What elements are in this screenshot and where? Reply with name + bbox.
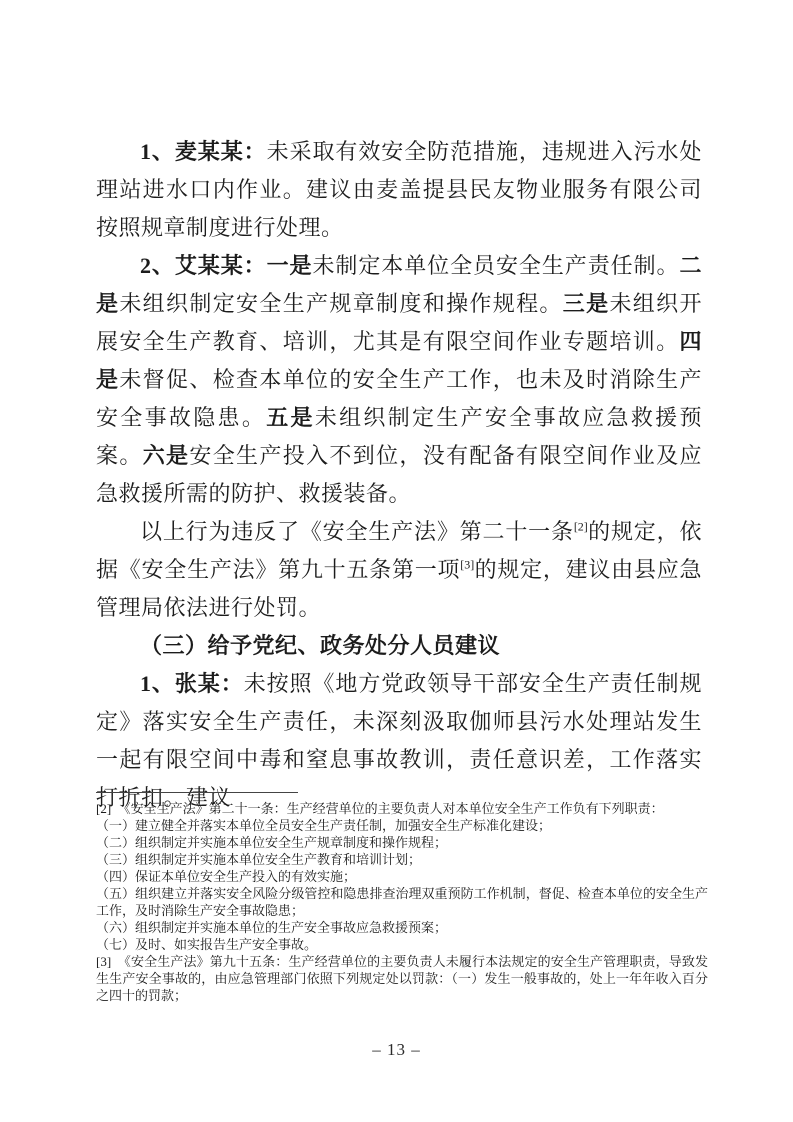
body-paragraph: 1、麦某某：未采取有效安全防范措施，违规进入污水处理站进水口内作业。建议由麦盖提… bbox=[96, 133, 702, 247]
footnote-line: （二）组织制定并实施本单位安全生产规章制度和操作规程； bbox=[96, 834, 708, 851]
bold-run: 2、艾某某： bbox=[140, 253, 267, 278]
footnote-line: （一）建立健全并落实本单位全员安全生产责任制，加强安全生产标准化建设； bbox=[96, 817, 708, 834]
document-page: 1、麦某某：未采取有效安全防范措施，违规进入污水处理站进水口内作业。建议由麦盖提… bbox=[0, 0, 793, 1122]
body-paragraph: 2、艾某某：一是未制定本单位全员安全生产责任制。二是未组织制定安全生产规章制度和… bbox=[96, 247, 702, 513]
text-run: 未制定本单位全员安全生产责任制。 bbox=[313, 253, 680, 278]
footnote-line: [3] 《安全生产法》第九十五条：生产经营单位的主要负责人未履行本法规定的安全生… bbox=[96, 953, 708, 1004]
footnote-line: （五）组织建立并落实安全风险分级管控和隐患排查治理双重预防工作机制，督促、检查本… bbox=[96, 885, 708, 919]
bold-run: 三是 bbox=[563, 291, 610, 316]
section-heading: （三）给予党纪、政务处分人员建议 bbox=[96, 627, 702, 665]
text-run: 未组织制定安全生产规章制度和操作规程。 bbox=[119, 291, 562, 316]
text-run: 以上行为违反了《安全生产法》第二十一条 bbox=[140, 519, 574, 544]
footnote-line: （六）组织制定并实施本单位的生产安全事故应急救援预案； bbox=[96, 919, 708, 936]
bold-run: 1、麦某某： bbox=[140, 139, 267, 164]
body-paragraph: 以上行为违反了《安全生产法》第二十一条[2]的规定，依据《安全生产法》第九十五条… bbox=[96, 513, 702, 627]
bold-run: 一是 bbox=[267, 253, 313, 278]
footnote-line: （七）及时、如实报告生产安全事故。 bbox=[96, 936, 708, 953]
footnote-line: （四）保证本单位安全生产投入的有效实施； bbox=[96, 868, 708, 885]
footnotes-section: [2] 《安全生产法》第二十一条：生产经营单位的主要负责人对本单位安全生产工作负… bbox=[96, 800, 708, 1004]
footnote-separator bbox=[96, 792, 298, 793]
bold-run: 六是 bbox=[143, 443, 190, 468]
bold-run: 1、张某： bbox=[140, 671, 244, 696]
footnote-ref: [2] bbox=[574, 520, 588, 534]
page-number: – 13 – bbox=[0, 1040, 793, 1060]
body-paragraphs: 1、麦某某：未采取有效安全防范措施，违规进入污水处理站进水口内作业。建议由麦盖提… bbox=[96, 133, 702, 817]
footnote-ref: [3] bbox=[460, 558, 474, 572]
footnote-line: [2] 《安全生产法》第二十一条：生产经营单位的主要负责人对本单位安全生产工作负… bbox=[96, 800, 708, 817]
body-paragraph: 1、张某：未按照《地方党政领导干部安全生产责任制规定》落实安全生产责任，未深刻汲… bbox=[96, 665, 702, 817]
bold-run: 五是 bbox=[266, 405, 315, 430]
footnote-line: （三）组织制定并实施本单位安全生产教育和培训计划； bbox=[96, 851, 708, 868]
bold-run: （三）给予党纪、政务处分人员建议 bbox=[140, 633, 500, 658]
